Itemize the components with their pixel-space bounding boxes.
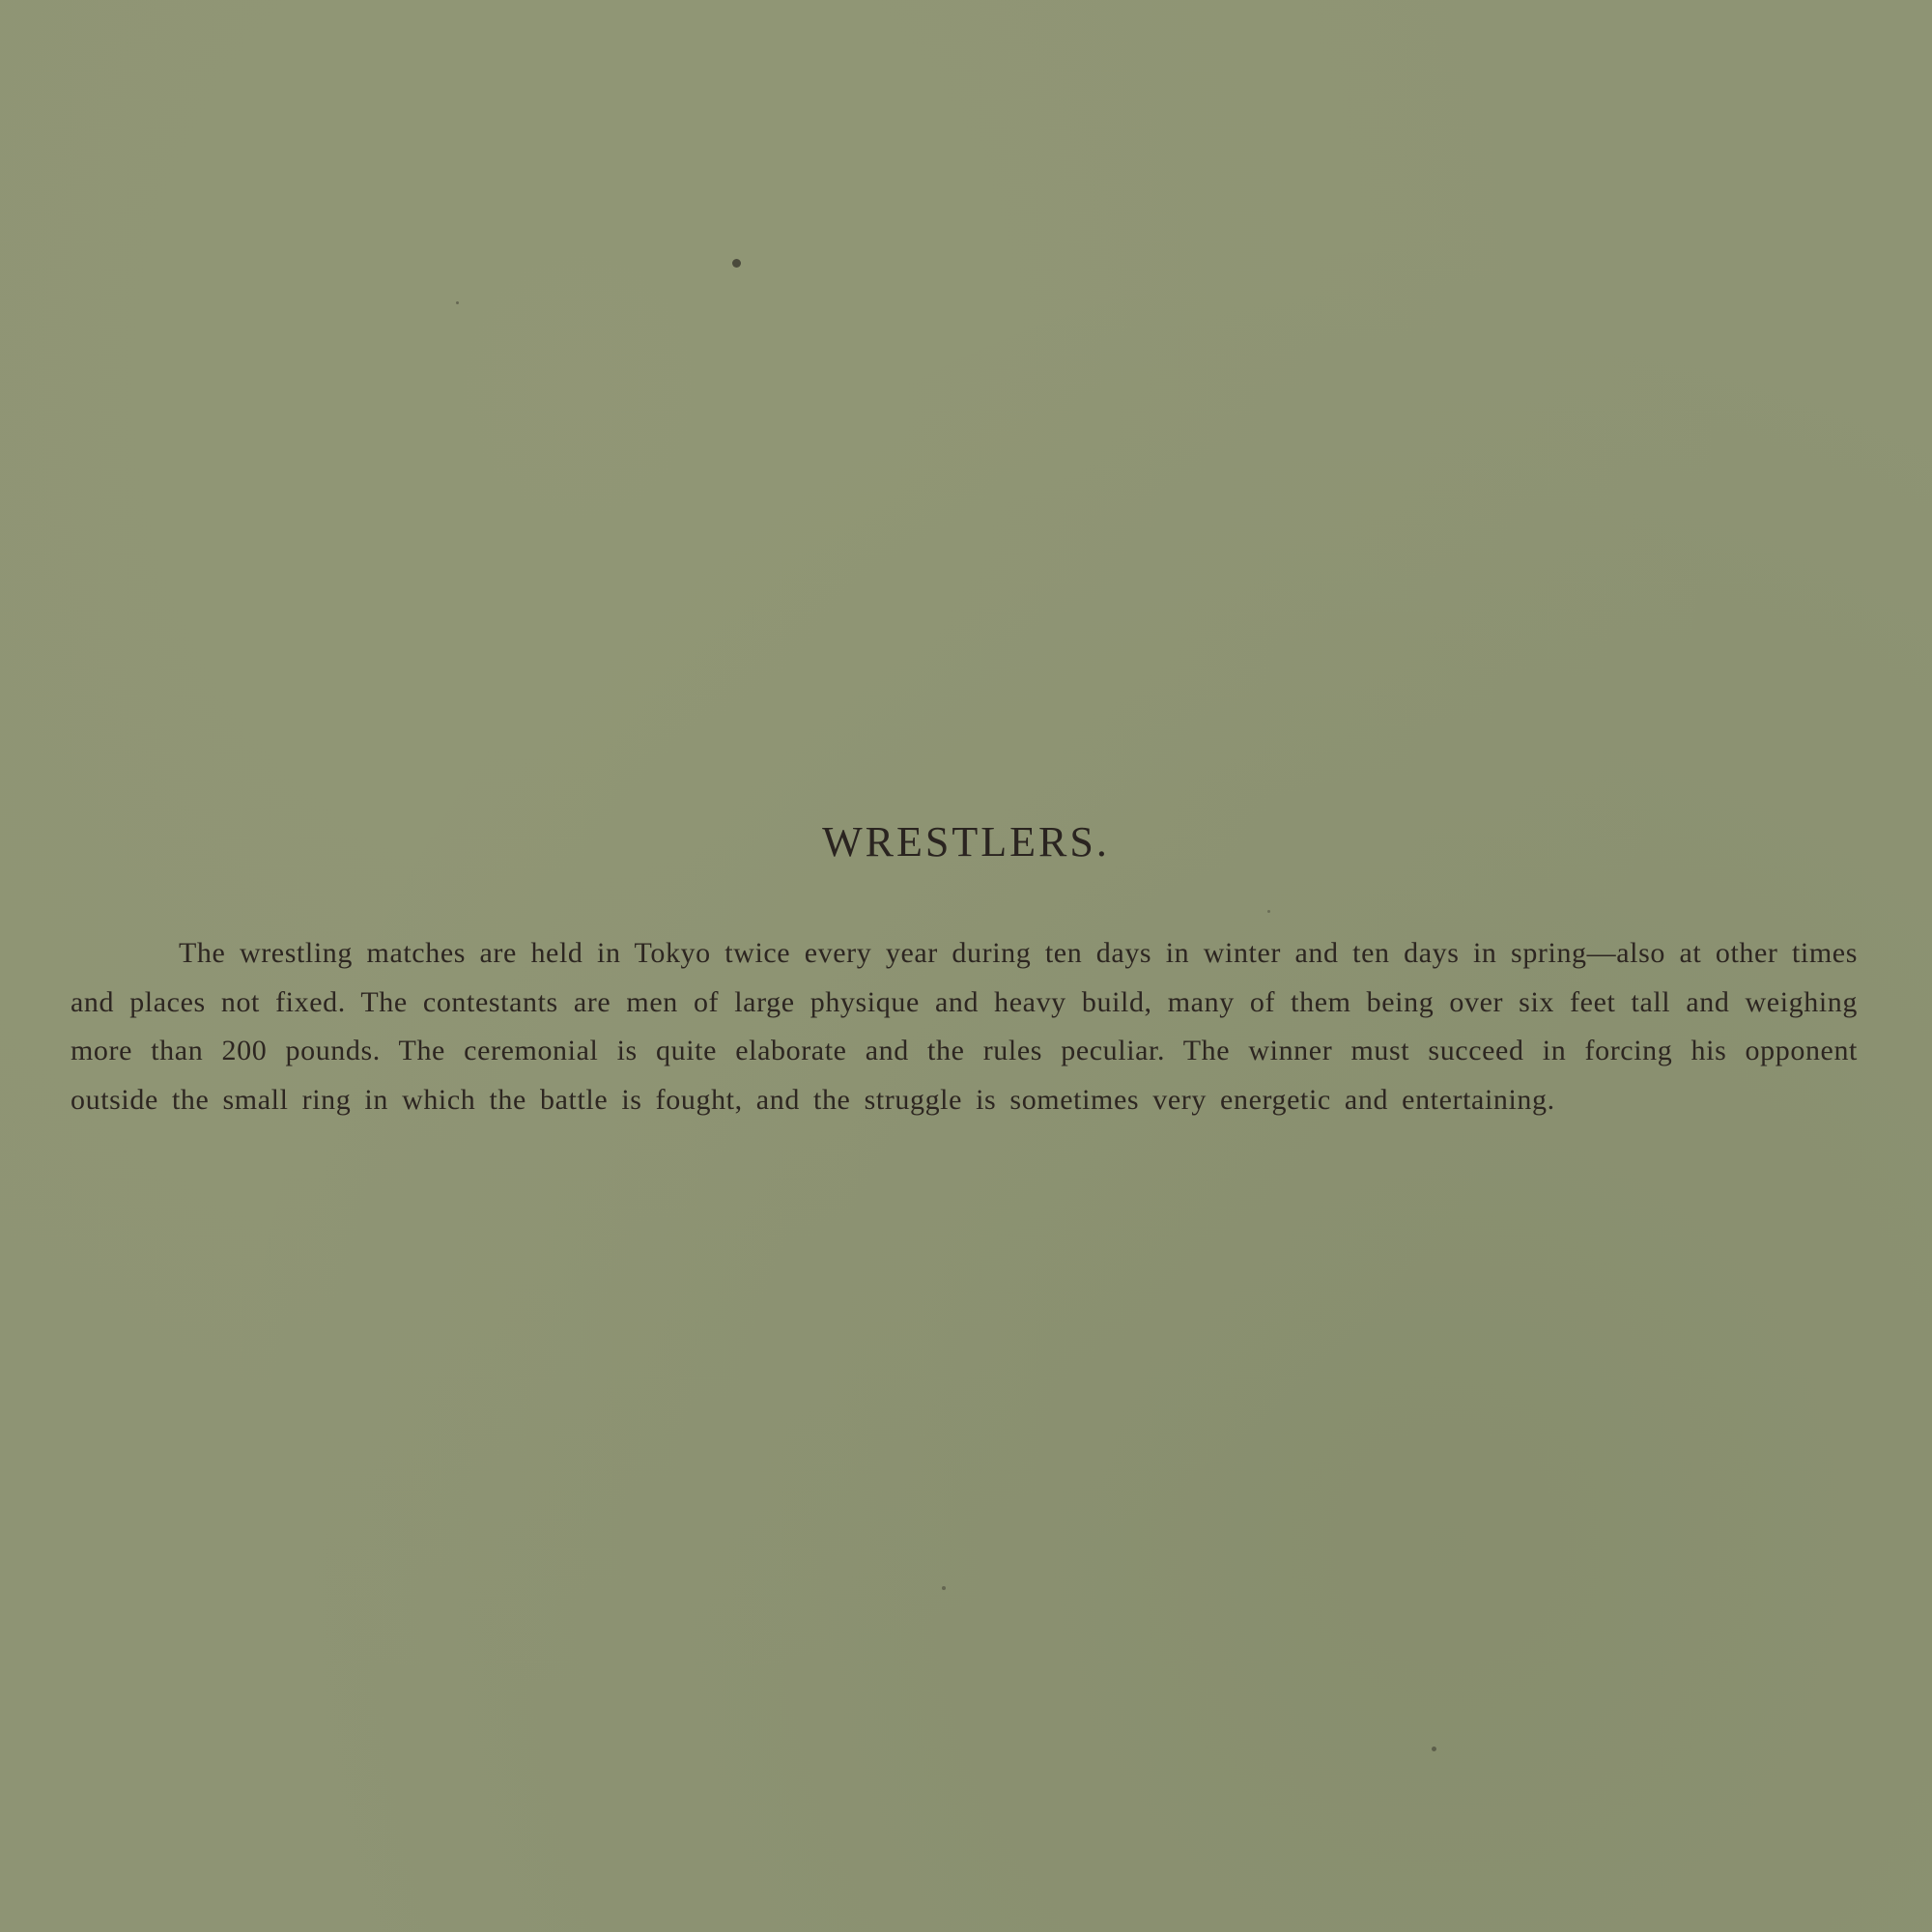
paper-speck: [1267, 910, 1270, 913]
paper-speck: [942, 1586, 946, 1590]
document-page: WRESTLERS. The wrestling matches are hel…: [0, 0, 1932, 1932]
page-title: WRESTLERS.: [0, 817, 1932, 867]
body-paragraph: The wrestling matches are held in Tokyo …: [71, 929, 1858, 1124]
paper-speck: [456, 301, 459, 304]
paper-speck: [1432, 1747, 1436, 1751]
paper-speck: [732, 259, 741, 268]
